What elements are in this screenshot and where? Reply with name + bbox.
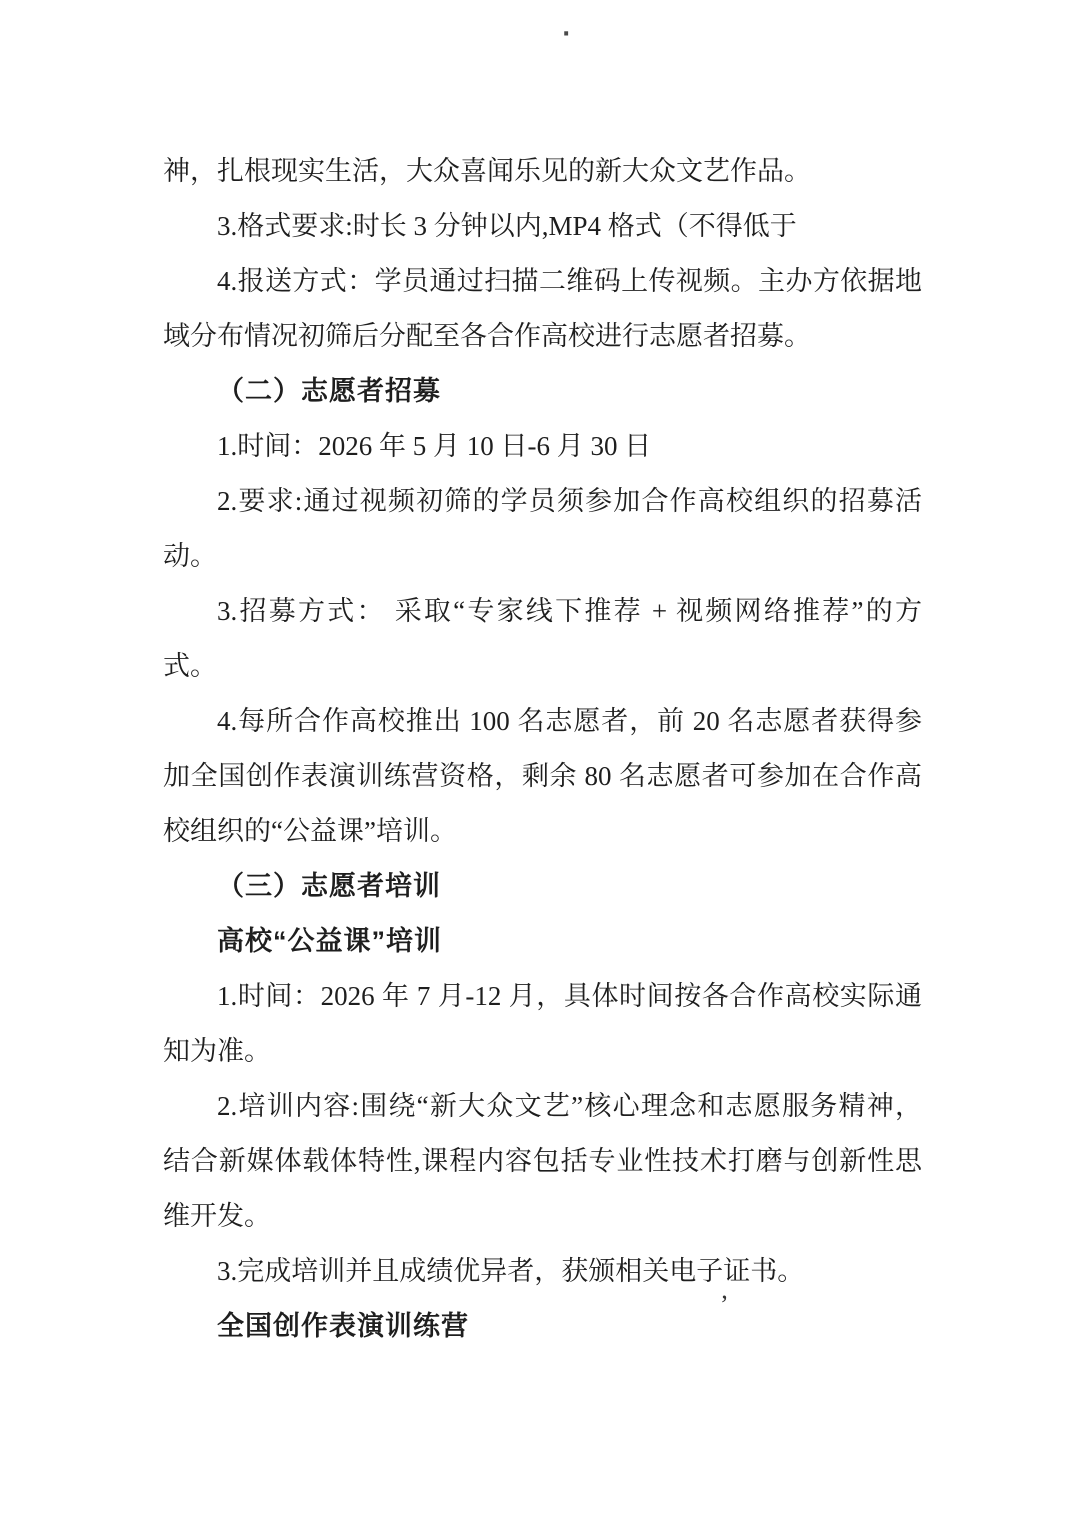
text-line: 加全国创作表演训练营资格，剩余 80 名志愿者可参加在合作高 — [163, 749, 922, 804]
section-heading: 全国创作表演训练营 — [163, 1299, 922, 1354]
text-line: 3.招募方式： 采取“专家线下推荐 + 视频网络推荐”的方 — [163, 584, 922, 639]
text-line: 2.培训内容:围绕“新大众文艺”核心理念和志愿服务精神， — [163, 1079, 922, 1134]
section-heading: 高校“公益课”培训 — [163, 914, 922, 969]
text-line: 2.要求:通过视频初筛的学员须参加合作高校组织的招募活 — [163, 474, 922, 529]
section-heading: （三）志愿者培训 — [163, 859, 922, 914]
text-line: 校组织的“公益课”培训。 — [163, 804, 922, 859]
text-line: 维开发。 — [163, 1189, 922, 1244]
document-content: 神，扎根现实生活，大众喜闻乐见的新大众文艺作品。3.格式要求:时长 3 分钟以内… — [163, 144, 922, 1354]
text-line: 知为准。 — [163, 1024, 922, 1079]
text-line: 3.格式要求:时长 3 分钟以内,MP4 格式（不得低于 1920*1080） — [163, 199, 922, 254]
section-heading: （二）志愿者招募 — [163, 364, 922, 419]
text-line: 神，扎根现实生活，大众喜闻乐见的新大众文艺作品。 — [163, 144, 922, 199]
text-line: 3.完成培训并且成绩优异者，获颁相关电子证书。 — [163, 1244, 922, 1299]
text-line: 4.报送方式：学员通过扫描二维码上传视频。主办方依据地 — [163, 254, 922, 309]
text-line: 结合新媒体载体特性,课程内容包括专业性技术打磨与创新性思 — [163, 1134, 922, 1189]
text-line: 域分布情况初筛后分配至各合作高校进行志愿者招募。 — [163, 309, 922, 364]
scan-artifact-dot: · — [562, 24, 570, 46]
text-line: 1.时间：2026 年 7 月-12 月，具体时间按各合作高校实际通 — [163, 969, 922, 1024]
text-line: 式。 — [163, 639, 922, 694]
text-line: 动。 — [163, 529, 922, 584]
text-line: 4.每所合作高校推出 100 名志愿者，前 20 名志愿者获得参 — [163, 694, 922, 749]
text-line: 1.时间：2026 年 5 月 10 日-6 月 30 日 — [163, 419, 922, 474]
document-page: · 神，扎根现实生活，大众喜闻乐见的新大众文艺作品。3.格式要求:时长 3 分钟… — [0, 0, 1080, 1526]
